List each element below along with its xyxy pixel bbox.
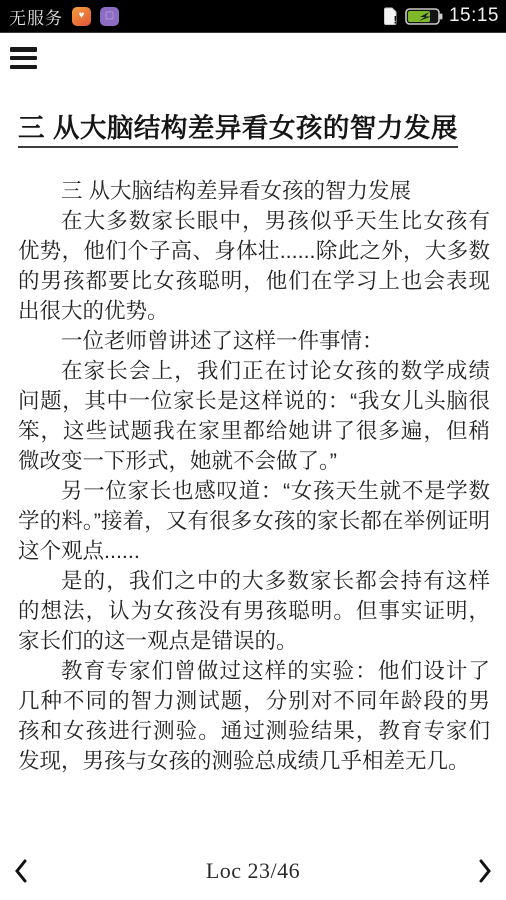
status-bar-right: ! 15:15 [383,5,499,27]
location-indicator: Loc 23/46 [206,858,300,884]
hamburger-bar [10,56,37,61]
hamburger-bar [10,47,37,52]
chapter-title: 三 从大脑结构差异看女孩的智力发展 [18,108,490,148]
paragraph: 在大多数家长眼中，男孩似乎天生比女孩有优势，他们个子高、身体壮......除此之… [18,206,490,326]
hamburger-bar [10,65,37,70]
reader-footer: Loc 23/46 [0,842,506,900]
status-bar: 无服务 ♥ ▢ ! 15:15 [0,0,506,33]
chevron-right-icon[interactable] [477,858,493,884]
paragraph: 另一位家长也感叹道：“女孩天生就不是学数学的料。”接着，又有很多女孩的家长都在举… [18,476,490,566]
paragraph: 三 从大脑结构差异看女孩的智力发展 [18,176,490,206]
no-sim-alert-icon: ! [383,6,399,26]
clock-label: 15:15 [449,5,499,27]
orange-app-notification-icon: ♥ [72,7,91,26]
reading-page-text[interactable]: 三 从大脑结构差异看女孩的智力发展在大多数家长眼中，男孩似乎天生比女孩有优势，他… [18,176,490,776]
hamburger-menu-icon[interactable] [10,47,38,69]
chevron-left-icon[interactable] [13,858,29,884]
paragraph: 教育专家们曾做过这样的实验：他们设计了几种不同的智力测试题，分别对不同年龄段的男… [18,656,490,776]
paragraph: 在家长会上，我们正在讨论女孩的数学成绩问题，其中一位家长是这样说的：“我女儿头脑… [18,356,490,476]
carrier-label: 无服务 [9,4,63,29]
chapter-title-text: 三 从大脑结构差异看女孩的智力发展 [18,113,458,148]
svg-text:!: ! [393,15,397,27]
paragraph: 是的，我们之中的大多数家长都会持有这样的想法，认为女孩没有男孩聪明。但事实证明，… [18,566,490,656]
battery-charging-icon [405,7,443,26]
purple-app-notification-icon: ▢ [100,7,119,26]
paragraph: 一位老师曾讲述了这样一件事情： [18,326,490,356]
